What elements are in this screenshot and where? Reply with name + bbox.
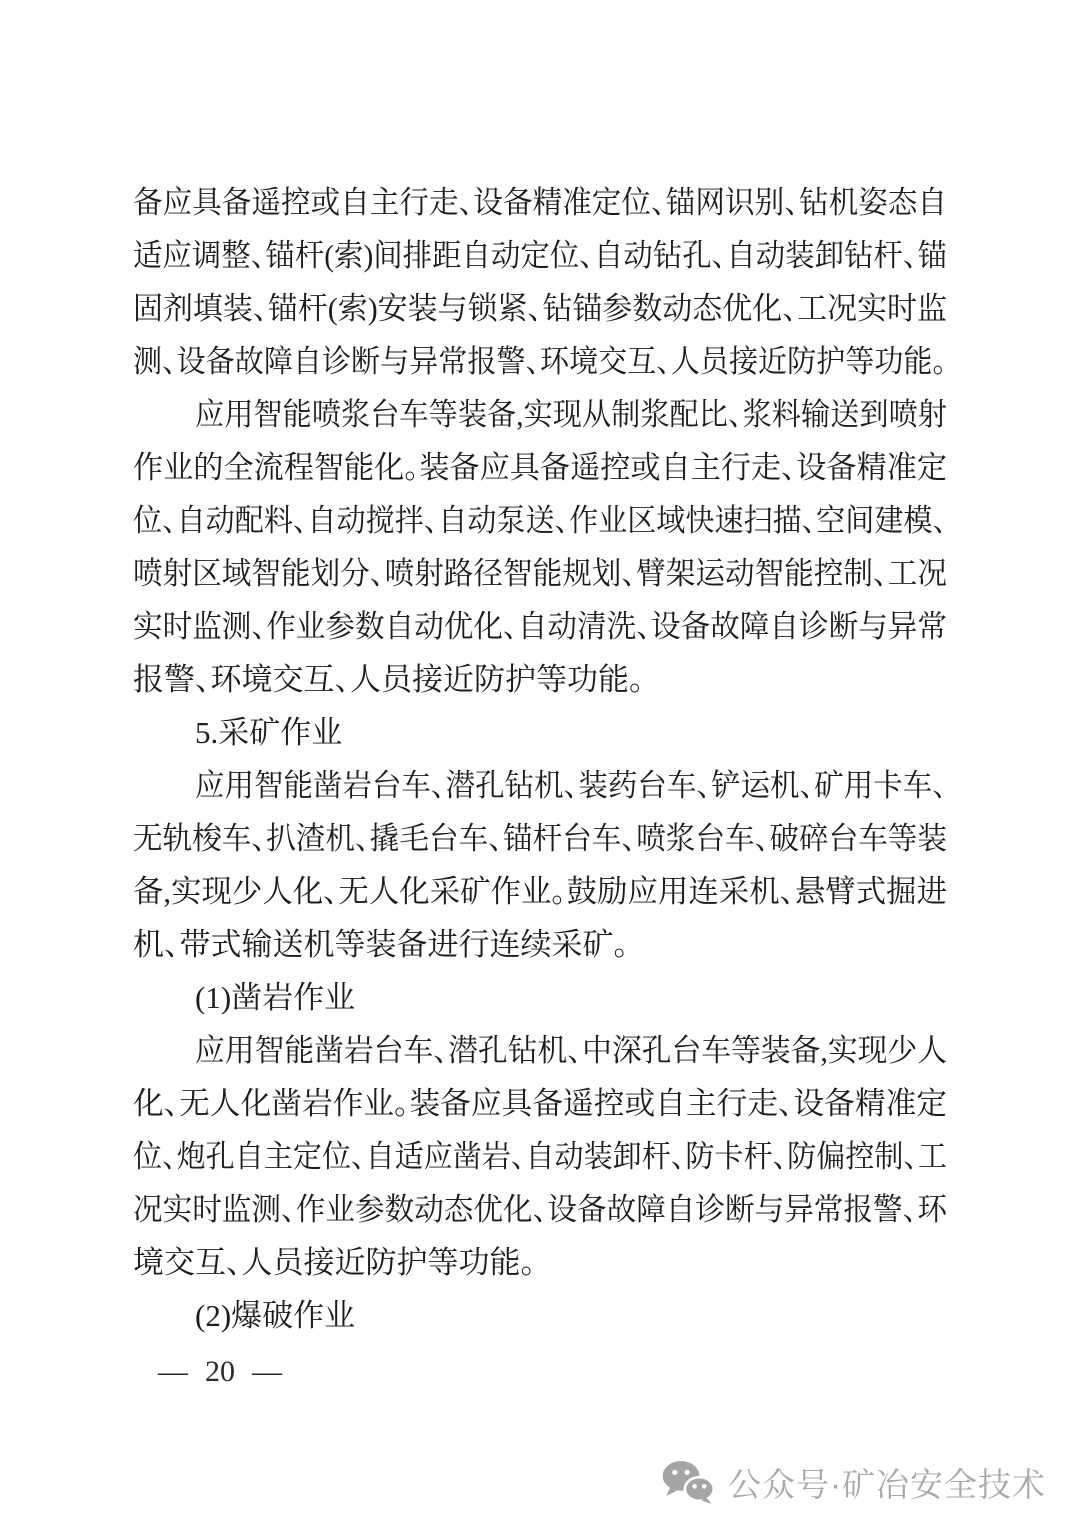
text-line: 应用智能凿岩台车、潜孔钻机、中深孔台车等装备,实现少人 [133,1024,947,1077]
subsection-heading: (1)凿岩作业 [133,971,947,1024]
text-line: 位、炮孔自主定位、自适应凿岩、自动装卸杆、防卡杆、防偏控制、工 [133,1130,947,1183]
text-line: 位、自动配料、自动搅拌、自动泵送、作业区域快速扫描、空间建模、 [133,494,947,547]
text-line: 固剂填装、锚杆(索)安装与锁紧、钻锚参数动态优化、工况实时监 [133,282,947,335]
text-line: 备,实现少人化、无人化采矿作业。鼓励应用连采机、悬臂式掘进 [133,865,947,918]
text-line: 应用智能喷浆台车等装备,实现从制浆配比、浆料输送到喷射 [133,388,947,441]
section-heading: 5.采矿作业 [133,706,947,759]
page-number: — 20 — [158,1348,282,1396]
text-line: 应用智能凿岩台车、潜孔钻机、装药台车、铲运机、矿用卡车、 [133,759,947,812]
watermark: 公众号·矿冶安全技术 [660,1458,1046,1506]
watermark-label: 公众号·矿冶安全技术 [728,1459,1046,1506]
text-line: 报警、环境交互、人员接近防护等功能。 [133,653,947,706]
text-line: 实时监测、作业参数自动优化、自动清洗、设备故障自诊断与异常 [133,600,947,653]
wechat-icon [660,1459,716,1505]
page-number-value: 20 [205,1355,235,1389]
text-line: 化、无人化凿岩作业。装备应具备遥控或自主行走、设备精准定 [133,1077,947,1130]
text-line: 测、设备故障自诊断与异常报警、环境交互、人员接近防护等功能。 [133,335,947,388]
text-line: 机、带式输送机等装备进行连续采矿。 [133,918,947,971]
subsection-heading: (2)爆破作业 [133,1289,947,1342]
text-block: 备应具备遥控或自主行走、设备精准定位、锚网识别、钻机姿态自 适应调整、锚杆(索)… [133,176,947,1342]
footer-dash-left: — [158,1355,188,1389]
text-line: 作业的全流程智能化。装备应具备遥控或自主行走、设备精准定 [133,441,947,494]
text-line: 境交互、人员接近防护等功能。 [133,1236,947,1289]
text-line: 无轨梭车、扒渣机、撬毛台车、锚杆台车、喷浆台车、破碎台车等装 [133,812,947,865]
text-line: 况实时监测、作业参数动态优化、设备故障自诊断与异常报警、环 [133,1183,947,1236]
footer-dash-right: — [252,1355,282,1389]
document-page: 备应具备遥控或自主行走、设备精准定位、锚网识别、钻机姿态自 适应调整、锚杆(索)… [0,0,1080,1527]
text-line: 适应调整、锚杆(索)间排距自动定位、自动钻孔、自动装卸钻杆、锚 [133,229,947,282]
text-line: 喷射区域智能划分、喷射路径智能规划、臂架运动智能控制、工况 [133,547,947,600]
text-line: 备应具备遥控或自主行走、设备精准定位、锚网识别、钻机姿态自 [133,176,947,229]
